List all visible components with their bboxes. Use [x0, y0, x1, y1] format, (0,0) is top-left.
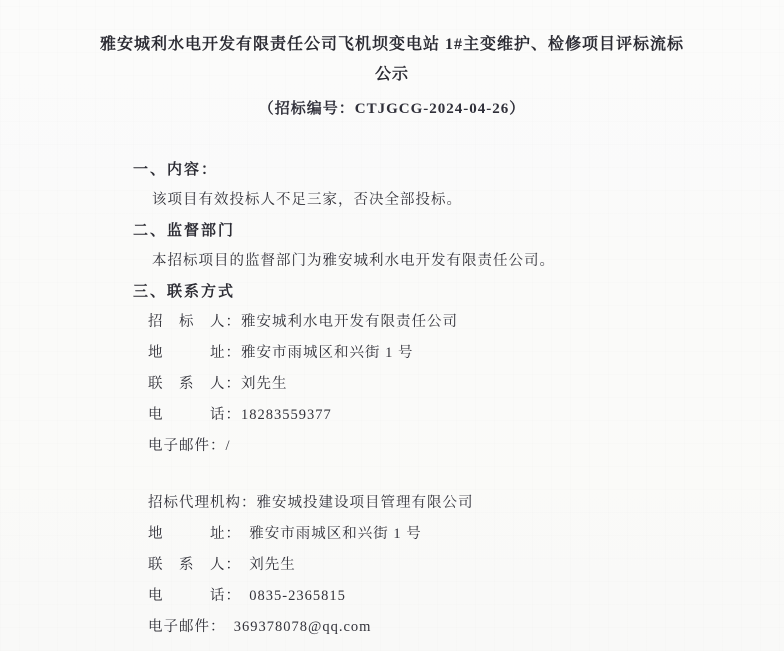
tenderer-name-row: 招 标 人：雅安城利水电开发有限责任公司: [148, 314, 784, 330]
tenderer-name-label: 招 标 人：: [148, 314, 241, 330]
bid-number-line: （招标编号：CTJGCG-2024-04-26）: [0, 100, 784, 118]
document-title-line2: 公示: [0, 60, 784, 90]
agency-address-row: 地 址： 雅安市雨城区和兴街 1 号: [148, 526, 784, 542]
agency-name-label: 招标代理机构：: [148, 495, 257, 511]
agency-contact-person-label: 联 系 人：: [148, 557, 234, 573]
agency-email-label: 电子邮件：: [148, 619, 218, 635]
tenderer-name-value: 雅安城利水电开发有限责任公司: [241, 314, 458, 330]
tenderer-address-label: 地 址：: [148, 345, 241, 361]
agency-name-row: 招标代理机构：雅安城投建设项目管理有限公司: [148, 495, 784, 511]
tenderer-address-row: 地 址：雅安市雨城区和兴街 1 号: [148, 345, 784, 361]
section-3-heading: 三、联系方式: [133, 284, 784, 300]
agency-name-value: 雅安城投建设项目管理有限公司: [257, 495, 474, 511]
agency-phone-value: 0835-2365815: [234, 588, 346, 604]
section-2-heading: 二、监督部门: [133, 223, 784, 239]
tenderer-contact-person-value: 刘先生: [241, 376, 288, 392]
tenderer-email-value: /: [226, 438, 231, 454]
title-block: 雅安城利水电开发有限责任公司飞机坝变电站 1#主变维护、检修项目评标流标 公示 …: [0, 0, 784, 118]
tenderer-phone-label: 电 话：: [148, 407, 241, 423]
agency-address-label: 地 址：: [148, 526, 234, 542]
agency-contact-block: 招标代理机构：雅安城投建设项目管理有限公司 地 址： 雅安市雨城区和兴街 1 号…: [0, 495, 784, 635]
tenderer-contact-person-row: 联 系 人：刘先生: [148, 376, 784, 392]
section-2-body: 本招标项目的监督部门为雅安城利水电开发有限责任公司。: [152, 253, 784, 269]
tenderer-address-value: 雅安市雨城区和兴街 1 号: [241, 345, 414, 361]
document-title-line1: 雅安城利水电开发有限责任公司飞机坝变电站 1#主变维护、检修项目评标流标: [0, 30, 784, 60]
tenderer-email-label: 电子邮件：: [148, 438, 226, 454]
agency-contact-person-row: 联 系 人： 刘先生: [148, 557, 784, 573]
tenderer-email-row: 电子邮件：/: [148, 438, 784, 454]
tenderer-contact-person-label: 联 系 人：: [148, 376, 241, 392]
agency-phone-row: 电 话： 0835-2365815: [148, 588, 784, 604]
agency-contact-person-value: 刘先生: [234, 557, 296, 573]
document-page: 雅安城利水电开发有限责任公司飞机坝变电站 1#主变维护、检修项目评标流标 公示 …: [0, 0, 784, 651]
tenderer-phone-row: 电 话：18283559377: [148, 407, 784, 423]
tenderer-phone-value: 18283559377: [241, 407, 332, 423]
agency-email-value: 369378078@qq.com: [218, 619, 371, 635]
document-body: 一、内容： 该项目有效投标人不足三家，否决全部投标。 二、监督部门 本招标项目的…: [0, 162, 784, 635]
agency-email-row: 电子邮件： 369378078@qq.com: [148, 619, 784, 635]
tenderer-contact-block: 招 标 人：雅安城利水电开发有限责任公司 地 址：雅安市雨城区和兴街 1 号 联…: [0, 314, 784, 454]
agency-phone-label: 电 话：: [148, 588, 234, 604]
section-1-body: 该项目有效投标人不足三家，否决全部投标。: [152, 192, 784, 208]
agency-address-value: 雅安市雨城区和兴街 1 号: [234, 526, 422, 542]
section-1-heading: 一、内容：: [133, 162, 784, 178]
